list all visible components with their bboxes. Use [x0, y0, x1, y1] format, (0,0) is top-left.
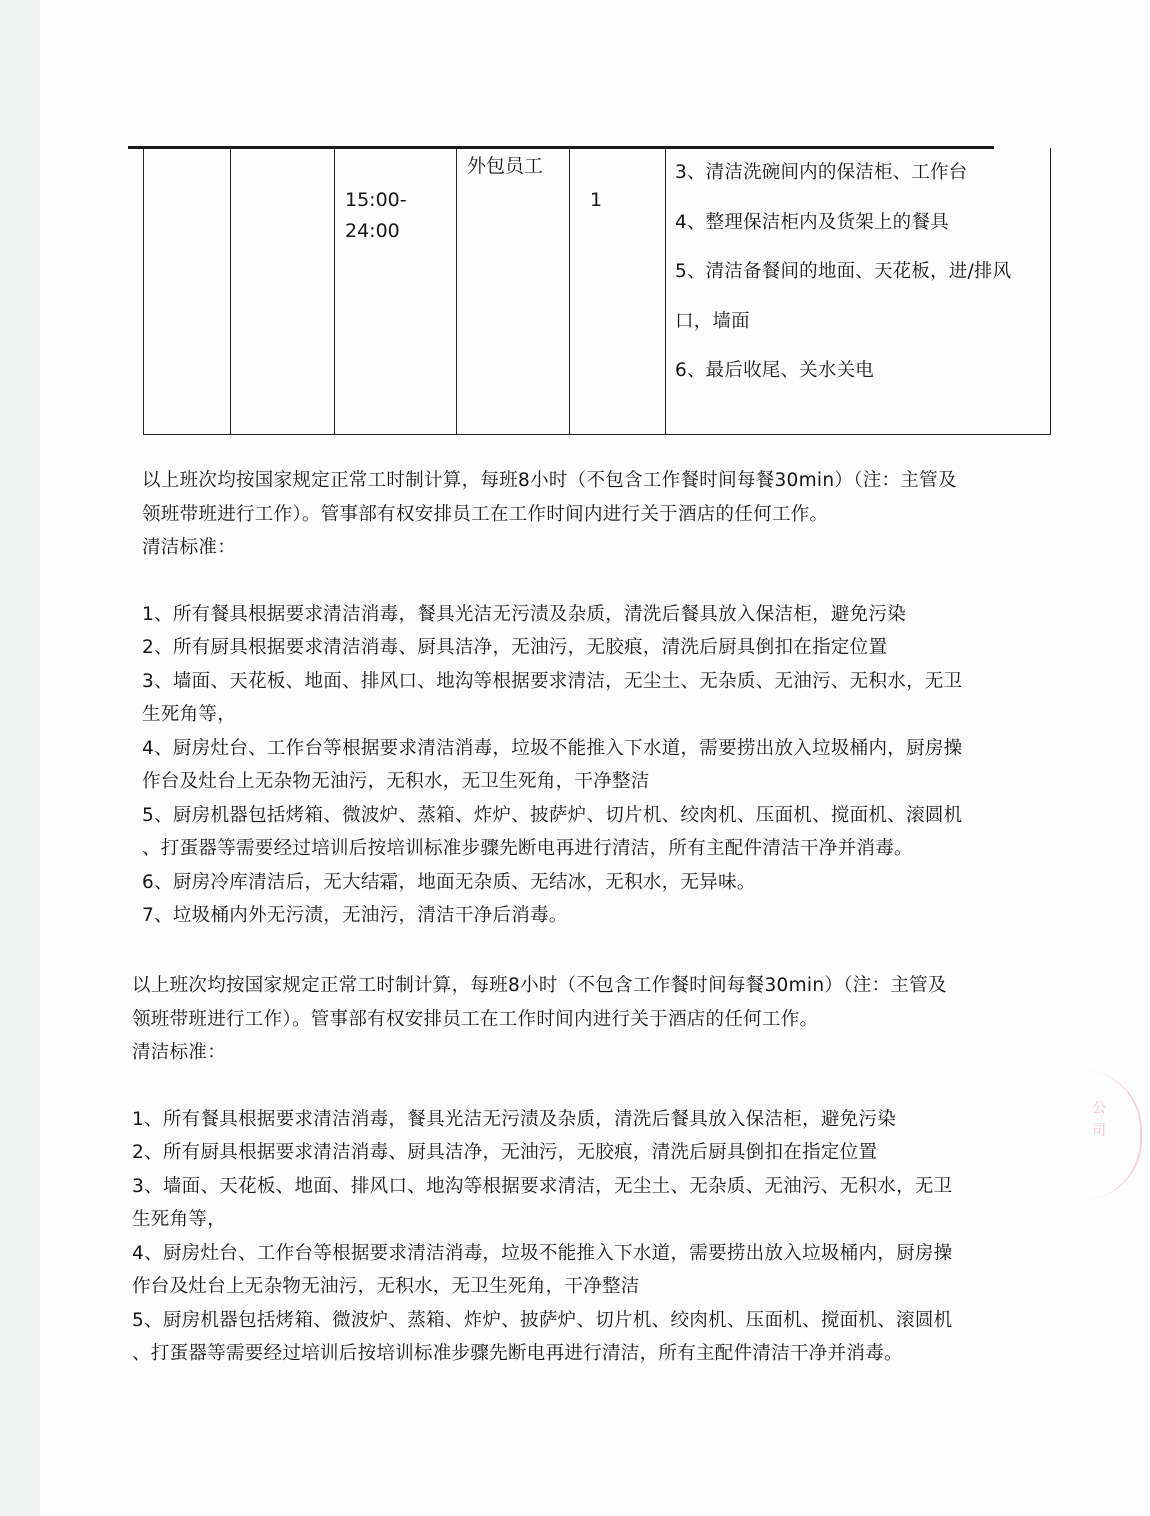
- standard-item: 1、所有餐具根据要求清洁消毒，餐具光洁无污渍及杂质，清洗后餐具放入保洁柜，避免污…: [142, 598, 1012, 632]
- standard-item: 5、厨房机器包括烤箱、微波炉、蒸箱、炸炉、披萨炉、切片机、绞肉机、压面机、搅面机…: [132, 1304, 1002, 1338]
- standard-item-cont: 、打蛋器等需要经过培训后按培训标准步骤先断电再进行清洁，所有主配件清洁干净并消毒…: [132, 1337, 1002, 1371]
- standard-item: 7、垃圾桶内外无污渍，无油污，清洁干净后消毒。: [142, 899, 1012, 933]
- standard-item: 4、厨房灶台、工作台等根据要求清洁消毒，垃圾不能推入下水道，需要捞出放入垃圾桶内…: [142, 732, 1012, 766]
- standard-item-cont: 生死角等，: [132, 1203, 1002, 1237]
- standard-item: 1、所有餐具根据要求清洁消毒，餐具光洁无污渍及杂质，清洗后餐具放入保洁柜，避免污…: [132, 1103, 1002, 1137]
- standard-item: 2、所有厨具根据要求清洁消毒、厨具洁净，无油污，无胶痕，清洗后厨具倒扣在指定位置: [142, 631, 1012, 665]
- task-item: 5、清洁备餐间的地面、天花板，进/排风: [675, 247, 1050, 297]
- section-heading: 清洁标准：: [142, 531, 1012, 565]
- section-heading: 清洁标准：: [132, 1036, 1002, 1070]
- standard-item: 3、墙面、天花板、地面、排风口、地沟等根据要求清洁，无尘土、无杂质、无油污、无积…: [142, 665, 1012, 699]
- table-cell-empty-1: [144, 148, 231, 435]
- standard-item: 2、所有厨具根据要求清洁消毒、厨具洁净，无油污，无胶痕，清洗后厨具倒扣在指定位置: [132, 1136, 1002, 1170]
- shift-schedule-table: 15:00- 24:00 外包员工 1 3、清洁洗碗间内的保洁柜、工作台 4、整…: [143, 148, 1051, 435]
- shift-time-start: 15:00-: [345, 189, 407, 211]
- work-hours-note-cont: 领班带班进行工作）。管事部有权安排员工在工作时间内进行关于酒店的任何工作。: [142, 498, 1012, 532]
- company-seal-text: 公司: [1088, 1100, 1108, 1144]
- standard-item: 4、厨房灶台、工作台等根据要求清洁消毒，垃圾不能推入下水道，需要捞出放入垃圾桶内…: [132, 1237, 1002, 1271]
- standard-item-cont: 生死角等，: [142, 698, 1012, 732]
- staff-count-cell: 1: [570, 148, 666, 435]
- table-row: 15:00- 24:00 外包员工 1 3、清洁洗碗间内的保洁柜、工作台 4、整…: [144, 148, 1051, 435]
- staff-role-cell: 外包员工: [457, 148, 570, 435]
- standard-item: 3、墙面、天花板、地面、排风口、地沟等根据要求清洁，无尘土、无杂质、无油污、无积…: [132, 1170, 1002, 1204]
- shift-time-end: 24:00: [345, 220, 400, 242]
- cleaning-standards-section-1: 以上班次均按国家规定正常工时制计算，每班8小时（不包含工作餐时间每餐30min）…: [142, 464, 1012, 933]
- task-item: 6、最后收尾、关水关电: [675, 346, 1050, 396]
- standard-item: 6、厨房冷库清洁后，无大结霜，地面无杂质、无结冰，无积水，无异味。: [142, 866, 1012, 900]
- standard-item-cont: 作台及灶台上无杂物无油污，无积水，无卫生死角，干净整洁: [142, 765, 1012, 799]
- work-hours-note-cont: 领班带班进行工作）。管事部有权安排员工在工作时间内进行关于酒店的任何工作。: [132, 1003, 1002, 1037]
- task-item-continued: 口，墙面: [675, 297, 1050, 347]
- work-hours-note: 以上班次均按国家规定正常工时制计算，每班8小时（不包含工作餐时间每餐30min）…: [142, 464, 1012, 498]
- task-item: 4、整理保洁柜内及货架上的餐具: [675, 198, 1050, 248]
- table-cell-empty-2: [231, 148, 335, 435]
- task-list-cell: 3、清洁洗碗间内的保洁柜、工作台 4、整理保洁柜内及货架上的餐具 5、清洁备餐间…: [666, 148, 1051, 435]
- standard-item-cont: 作台及灶台上无杂物无油污，无积水，无卫生死角，干净整洁: [132, 1270, 1002, 1304]
- standard-item-cont: 、打蛋器等需要经过培训后按培训标准步骤先断电再进行清洁，所有主配件清洁干净并消毒…: [142, 832, 1012, 866]
- shift-time-cell: 15:00- 24:00: [335, 148, 457, 435]
- work-hours-note: 以上班次均按国家规定正常工时制计算，每班8小时（不包含工作餐时间每餐30min）…: [132, 969, 1002, 1003]
- cleaning-standards-section-2: 以上班次均按国家规定正常工时制计算，每班8小时（不包含工作餐时间每餐30min）…: [132, 969, 1002, 1371]
- standard-item: 5、厨房机器包括烤箱、微波炉、蒸箱、炸炉、披萨炉、切片机、绞肉机、压面机、搅面机…: [142, 799, 1012, 833]
- scan-margin: [0, 0, 40, 1516]
- task-item: 3、清洁洗碗间内的保洁柜、工作台: [675, 148, 1050, 198]
